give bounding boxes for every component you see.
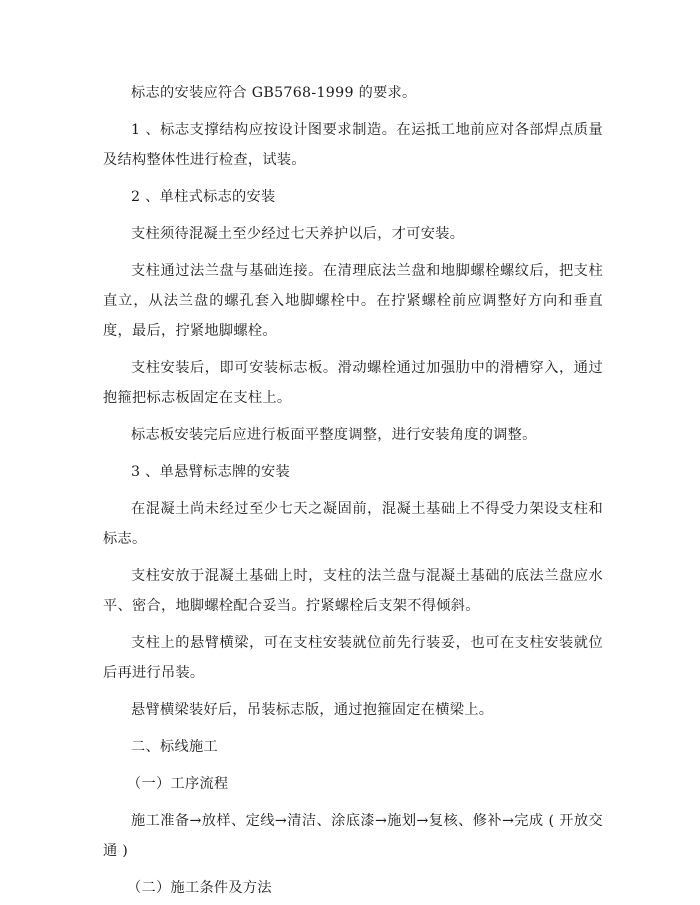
document-page: 标志的安装应符合 GB5768-1999 的要求。 1 、标志支撑结构应按设计图… [103, 78, 603, 905]
heading-process-flow: （一）工序流程 [103, 769, 603, 799]
paragraph-standard: 标志的安装应符合 GB5768-1999 的要求。 [103, 78, 603, 108]
paragraph-flange-connection: 支柱通过法兰盘与基础连接。在清理底法兰盘和地脚螺栓螺纹后，把支柱直立，从法兰盘的… [103, 256, 603, 346]
paragraph-process-steps: 施工准备→放样、定线→清洁、涂底漆→施划→复核、修补→完成 ( 开放交通 ) [103, 806, 603, 866]
paragraph-hoisting: 悬臂横梁装好后，吊装标志版，通过抱箍固定在横梁上。 [103, 695, 603, 725]
paragraph-item-1: 1 、标志支撑结构应按设计图要求制造。在运抵工地前应对各部焊点质量及结构整体性进… [103, 115, 603, 175]
heading-single-column-sign: 2 、单柱式标志的安装 [103, 182, 603, 212]
paragraph-column-placement: 支柱安放于混凝土基础上时，支柱的法兰盘与混凝土基础的底法兰盘应水平、密合，地脚螺… [103, 561, 603, 621]
paragraph-cantilever-beam: 支柱上的悬臂横梁，可在支柱安装就位前先行装妥，也可在支柱安装就位后再进行吊装。 [103, 628, 603, 688]
paragraph-curing: 支柱须待混凝土至少经过七天养护以后，才可安装。 [103, 219, 603, 249]
paragraph-concrete-cure: 在混凝土尚未经过至少七天之凝固前，混凝土基础上不得受力架设支柱和标志。 [103, 494, 603, 554]
heading-conditions-methods: （二）施工条件及方法 [103, 873, 603, 903]
heading-cantilever-sign: 3 、单悬臂标志牌的安装 [103, 457, 603, 487]
paragraph-board-adjust: 标志板安装完后应进行板面平整度调整，进行安装角度的调整。 [103, 420, 603, 450]
paragraph-sign-board-install: 支柱安装后，即可安装标志板。滑动螺栓通过加强肋中的滑槽穿入，通过抱箍把标志板固定… [103, 353, 603, 413]
heading-marking-construction: 二、标线施工 [103, 732, 603, 762]
